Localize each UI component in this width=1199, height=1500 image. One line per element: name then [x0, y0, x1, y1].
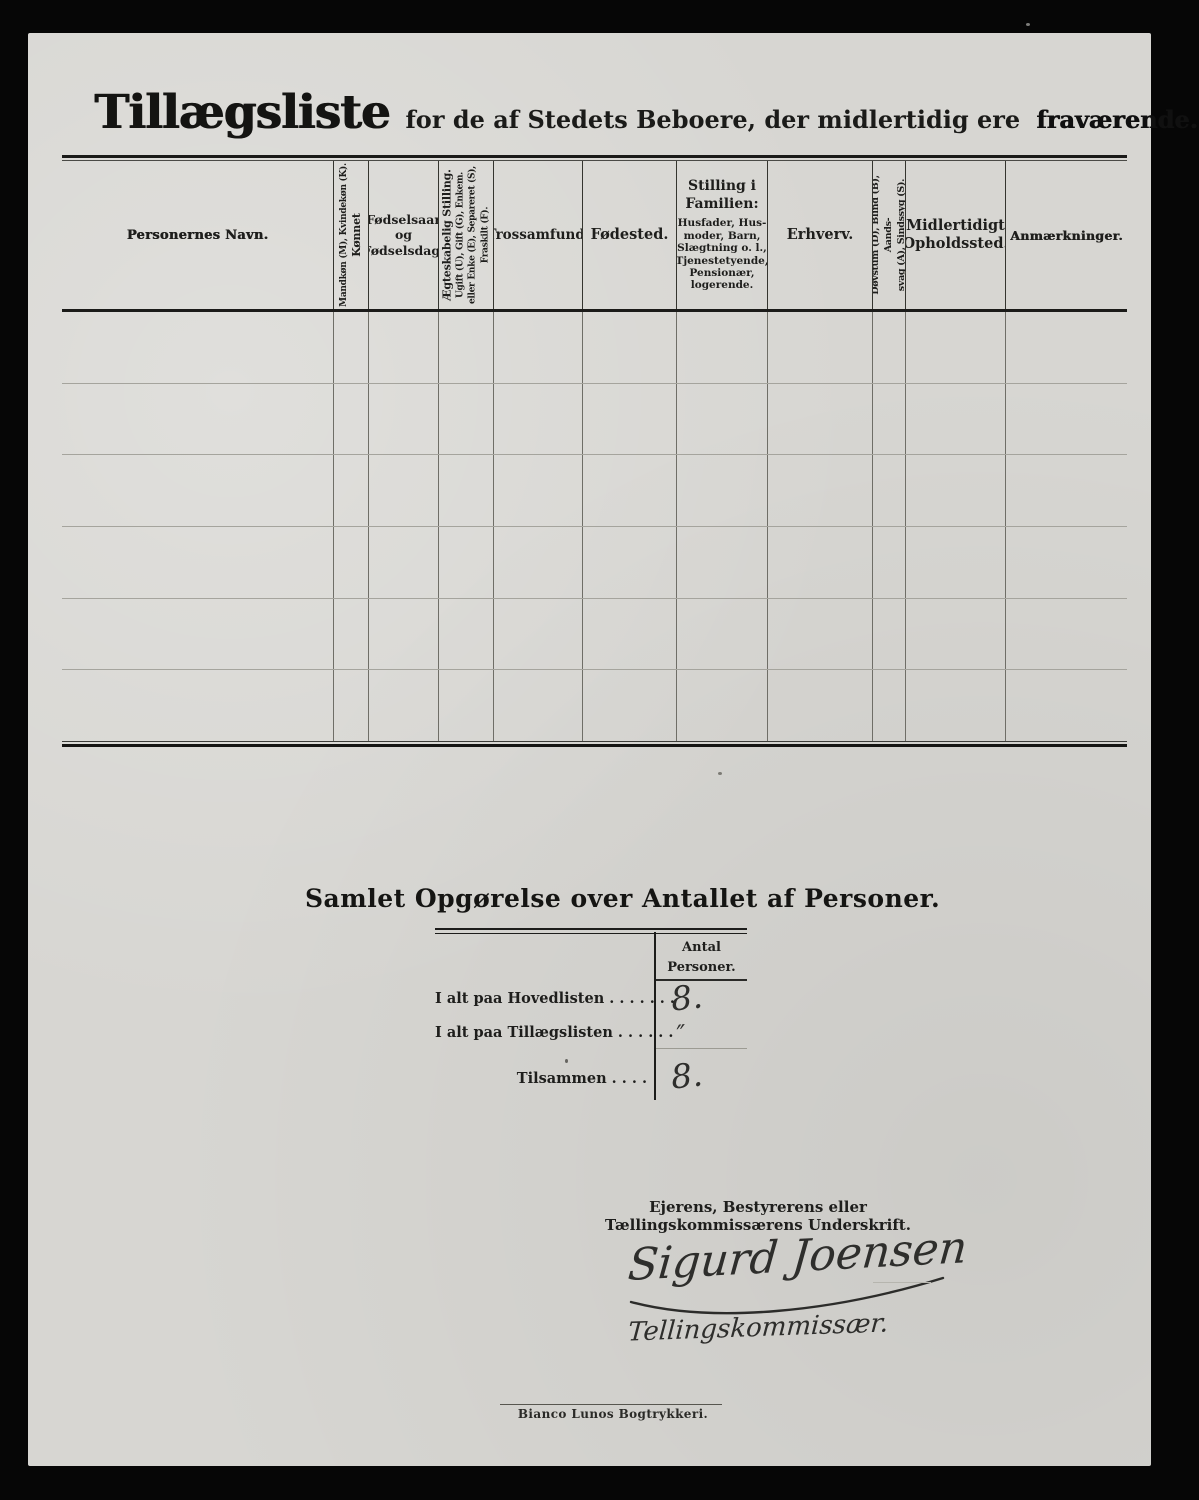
table-cell [767, 527, 872, 598]
table-cell [438, 527, 493, 598]
table-cell [767, 312, 872, 383]
table-cell [368, 527, 438, 598]
signature-faint-line [873, 1282, 931, 1283]
summary-row-hovedlisten-value: 8. [669, 976, 704, 1018]
table-cell [905, 312, 1005, 383]
table-cell [333, 670, 368, 741]
table-cell [438, 312, 493, 383]
table-cell [767, 455, 872, 526]
scan-speck [903, 271, 906, 274]
table-cell [905, 599, 1005, 670]
table-cell [493, 455, 582, 526]
col-header-faith: Trossamfund. [493, 161, 582, 309]
table-row [62, 669, 1127, 741]
col-header-disability: Døvstum (D), Blind (B), Aands- svag (A),… [872, 161, 905, 309]
table-cell [872, 455, 905, 526]
summary-faint-rule [656, 1048, 747, 1049]
table-cell [676, 312, 767, 383]
table-cell [368, 670, 438, 741]
summary-row-tilsammen-label: Tilsammen . . . . [435, 1070, 647, 1087]
table-cell [676, 599, 767, 670]
table-body [62, 312, 1127, 741]
table-cell [767, 670, 872, 741]
table-cell [905, 670, 1005, 741]
col-header-birthplace: Fødested. [582, 161, 676, 309]
col-header-family-position: Stilling i Familien: Husfader, Hus- mode… [676, 161, 767, 309]
table-cell [368, 384, 438, 455]
summary-row-tillaegslisten-value: ″ [676, 1020, 688, 1049]
table-cell [62, 599, 333, 670]
table-cell [493, 312, 582, 383]
table-cell [1005, 455, 1127, 526]
census-table: Personernes Navn. Mandkøn (M), Kvindekøn… [62, 155, 1127, 747]
table-row [62, 598, 1127, 670]
table-cell [1005, 670, 1127, 741]
table-cell [905, 527, 1005, 598]
table-cell [368, 455, 438, 526]
table-cell [438, 384, 493, 455]
table-cell [62, 455, 333, 526]
table-cell [62, 527, 333, 598]
table-cell [438, 670, 493, 741]
scan-speck [565, 1059, 568, 1063]
table-cell [368, 312, 438, 383]
table-cell [872, 384, 905, 455]
table-cell [676, 455, 767, 526]
summary-row-tillaegslisten-label: I alt paa Tillægslisten . . . . . . [435, 1024, 647, 1041]
page-title-main: Tillægsliste [94, 85, 389, 140]
table-cell [872, 670, 905, 741]
table-cell [676, 527, 767, 598]
table-cell [676, 670, 767, 741]
summary-top-rule [435, 928, 747, 934]
printer-mark-rule [500, 1404, 722, 1405]
table-row [62, 454, 1127, 526]
table-row [62, 383, 1127, 455]
table-row [62, 312, 1127, 383]
table-cell [872, 599, 905, 670]
table-cell [438, 455, 493, 526]
col-header-sex: Mandkøn (M), Kvindekøn (K). Kønnet [333, 161, 368, 309]
table-cell [582, 312, 676, 383]
summary-title: Samlet Opgørelse over Antallet af Person… [305, 884, 880, 913]
col-header-occupation: Erhverv. [767, 161, 872, 309]
table-cell [368, 599, 438, 670]
table-cell [582, 670, 676, 741]
document-page: Tillægsliste for de af Stedets Beboere, … [28, 33, 1151, 1466]
table-header-row: Personernes Navn. Mandkøn (M), Kvindekøn… [62, 161, 1127, 309]
table-cell [333, 455, 368, 526]
table-row [62, 526, 1127, 598]
table-cell [1005, 312, 1127, 383]
page-title-subtitle: for de af Stedets Beboere, der midlertid… [405, 105, 1020, 134]
table-cell [1005, 384, 1127, 455]
col-header-remarks: Anmærkninger. [1005, 161, 1127, 309]
printer-mark: Bianco Lunos Bogtrykkeri. [468, 1407, 758, 1421]
scan-speck [718, 772, 722, 775]
table-cell [493, 599, 582, 670]
table-cell [333, 599, 368, 670]
screenshot-root: { "header": { "title": "Tillægsliste", "… [0, 0, 1199, 1500]
col-header-birthdate: Fødselsaar og Fødselsdag. [368, 161, 438, 309]
table-cell [438, 599, 493, 670]
summary-table: Antal Personer. I alt paa Hovedlisten . … [435, 928, 747, 1104]
scan-speck [1026, 23, 1030, 26]
table-cell [493, 670, 582, 741]
summary-row-tilsammen-value: 8. [669, 1054, 704, 1096]
summary-row-hovedlisten-label: I alt paa Hovedlisten . . . . . . . [435, 990, 647, 1007]
table-bottom-rule [62, 741, 1127, 747]
table-cell [333, 384, 368, 455]
summary-count-header: Antal Personer. [656, 938, 747, 977]
table-cell [872, 312, 905, 383]
table-cell [676, 384, 767, 455]
table-cell [582, 527, 676, 598]
page-title: Tillægsliste for de af Stedets Beboere, … [94, 85, 1104, 140]
table-cell [62, 384, 333, 455]
table-cell [62, 670, 333, 741]
table-cell [905, 384, 1005, 455]
table-cell [493, 527, 582, 598]
col-header-temporary-residence: Midlertidigt Opholdssted. [905, 161, 1005, 309]
table-cell [767, 599, 872, 670]
col-header-name: Personernes Navn. [62, 161, 333, 309]
page-title-emphasis: fraværende. [1036, 105, 1198, 134]
col-header-marital-status: Ægteskabelig Stilling. Ugift (U), Gift (… [438, 161, 493, 309]
table-cell [333, 312, 368, 383]
table-cell [493, 384, 582, 455]
table-cell [1005, 527, 1127, 598]
table-cell [905, 455, 1005, 526]
table-cell [582, 384, 676, 455]
table-cell [872, 527, 905, 598]
table-cell [1005, 599, 1127, 670]
table-cell [582, 599, 676, 670]
table-cell [333, 527, 368, 598]
table-cell [582, 455, 676, 526]
table-cell [62, 312, 333, 383]
table-cell [767, 384, 872, 455]
